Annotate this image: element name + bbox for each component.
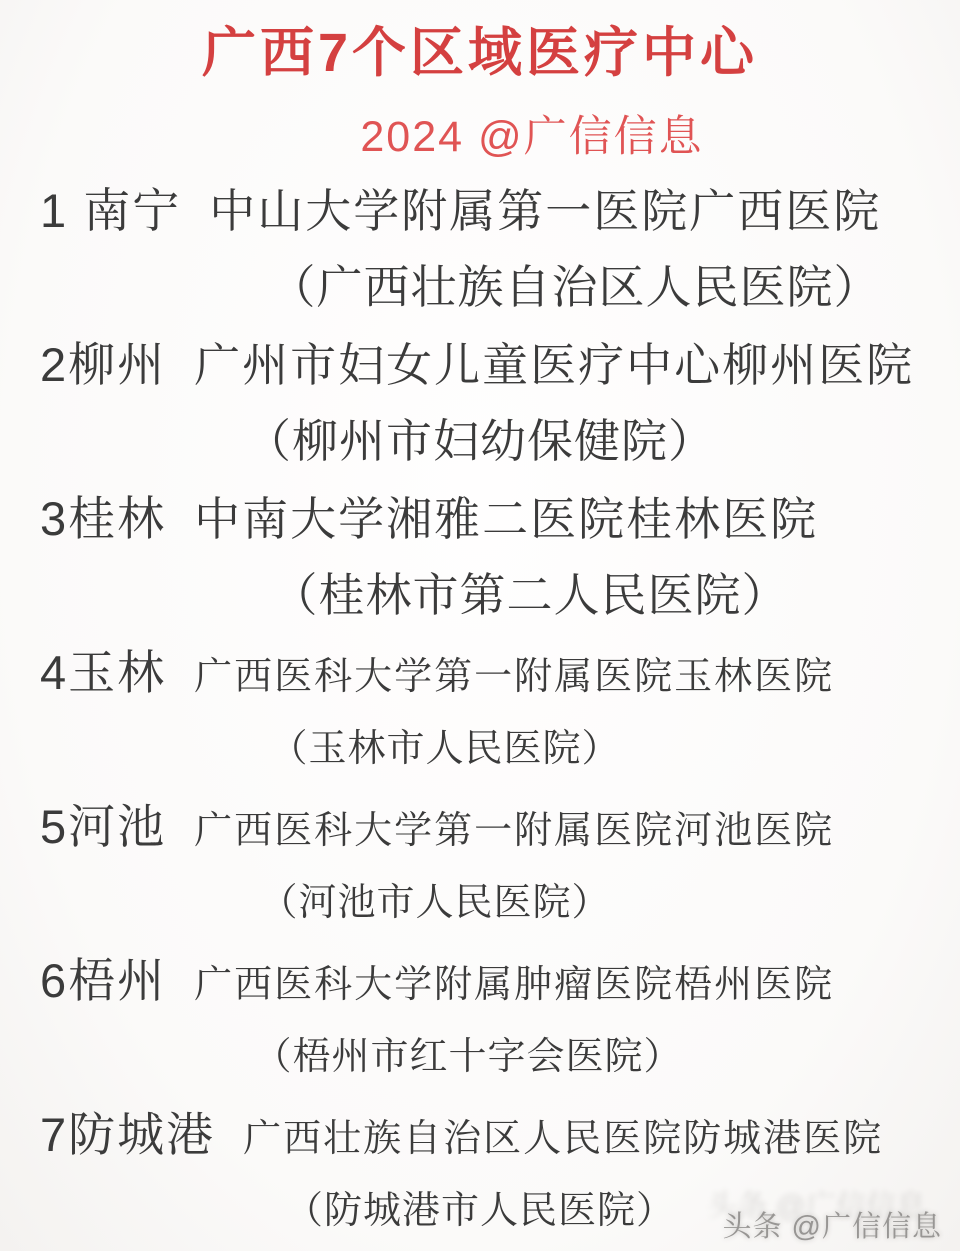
entry-guilin: 3桂林中南大学湘雅二医院桂林医院 （桂林市第二人民医院）	[0, 480, 960, 634]
entry-index-city: 7防城港	[40, 1108, 215, 1161]
entry-alias-name: （河池市人民医院）	[0, 865, 915, 942]
entry-yulin: 4玉林广西医科大学第一附属医院玉林医院 （玉林市人民医院）	[0, 634, 960, 788]
entry-hospital-name: 广西医科大学附属肿瘤医院梧州医院	[194, 964, 834, 1006]
entry-main-line: 1 南宁中山大学附属第一医院广西医院	[0, 172, 960, 249]
entry-main-line: 6梧州广西医科大学附属肿瘤医院梧州医院	[0, 942, 960, 1019]
entry-hospital-name: 中山大学附属第一医院广西医院	[209, 185, 881, 237]
entry-hospital-name: 广西医科大学第一附属医院河池医院	[194, 810, 834, 852]
entry-liuzhou: 2柳州广州市妇女儿童医疗中心柳州医院 （柳州市妇幼保健院）	[0, 326, 960, 480]
entry-index-city: 4玉林	[40, 646, 166, 699]
infographic-page: 广西7个区域医疗中心 2024 @广信信息 1 南宁中山大学附属第一医院广西医院…	[0, 0, 960, 1251]
entry-alias-name: （梧州市红十字会医院）	[0, 1019, 948, 1096]
entry-nanning: 1 南宁中山大学附属第一医院广西医院 （广西壮族自治区人民医院）	[0, 172, 960, 326]
entry-hechi: 5河池广西医科大学第一附属医院河池医院 （河池市人民医院）	[0, 788, 960, 942]
entry-index-city: 2柳州	[40, 338, 166, 391]
entry-index-city: 3桂林	[40, 492, 166, 545]
entry-hospital-name: 中南大学湘雅二医院桂林医院	[194, 493, 818, 545]
entry-main-line: 4玉林广西医科大学第一附属医院玉林医院	[0, 634, 960, 711]
entry-wuzhou: 6梧州广西医科大学附属肿瘤医院梧州医院 （梧州市红十字会医院）	[0, 942, 960, 1096]
entry-main-line: 2柳州广州市妇女儿童医疗中心柳州医院	[0, 326, 960, 403]
entry-hospital-name: 广西壮族自治区人民医院防城港医院	[243, 1118, 883, 1160]
page-subtitle: 2024 @广信信息	[104, 103, 960, 164]
entry-hospital-name: 广西医科大学第一附属医院玉林医院	[194, 656, 834, 698]
entry-hospital-name: 广州市妇女儿童医疗中心柳州医院	[194, 339, 914, 391]
entry-alias-name: （柳州市妇幼保健院）	[0, 403, 960, 480]
entry-alias-name: （桂林市第二人民医院）	[50, 557, 960, 634]
watermark-text: 头条 @广信信息	[723, 1204, 943, 1245]
entry-index-city: 6梧州	[40, 954, 166, 1007]
entry-main-line: 5河池广西医科大学第一附属医院河池医院	[0, 788, 960, 865]
entry-alias-name: （广西壮族自治区人民医院）	[95, 249, 960, 326]
entry-main-line: 3桂林中南大学湘雅二医院桂林医院	[0, 480, 960, 557]
entry-index-city: 5河池	[40, 800, 166, 853]
medical-centers-list: 1 南宁中山大学附属第一医院广西医院 （广西壮族自治区人民医院） 2柳州广州市妇…	[0, 172, 960, 1250]
page-title: 广西7个区域医疗中心	[0, 10, 960, 87]
entry-alias-name: （玉林市人民医院）	[0, 711, 925, 788]
entry-index-city: 1 南宁	[40, 184, 181, 237]
entry-main-line: 7防城港广西壮族自治区人民医院防城港医院	[0, 1096, 960, 1173]
